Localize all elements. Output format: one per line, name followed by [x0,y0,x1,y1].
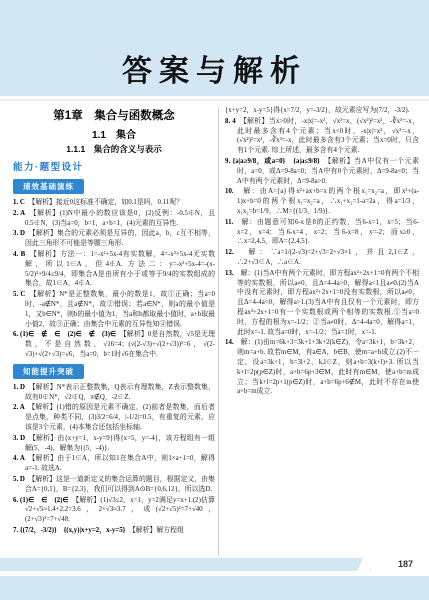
item-explanation: {x+y=2，x-y=5}得{x=7/2，y=-3/2}，故元素应写为(7/2，… [225,107,409,114]
basic-items-list: 1. C 【解析】接近0这标准不确定，如0.1是吗，0.11呢？ 2. A 【解… [13,198,215,360]
item-number-answer: 13. [225,270,241,277]
item-explanation: 【解析】N*是正整数集，最小的数是1，故①正确；当a=0时，-a∉N*，且a∉N… [25,291,215,327]
item-explanation: 【解析】解方程组 [132,527,184,534]
item-explanation: 解：由题意可知6-x是8的正约数，当6-x=1，x=5；当6-x=2，x=4；当… [237,219,419,246]
subsection-title: 1.1.1 集合的含义与表示 [13,143,215,155]
advanced-practice-badge: 知能提升突破 [13,364,84,379]
right-items-list: {x+y=2，x-y=5}得{x=7/2，y=-3/2}，故元素应写为(7/2，… [225,106,419,397]
solution-item: 9. {a|a≥9/8，或a=0} {a|a≤9/8} 【解析】当A中仅有一个元… [225,157,419,186]
answer-page: 答案与解析 第1章 集合与函数概念 1.1 集合 1.1.1 集合的含义与表示 … [0,0,429,600]
item-number-answer: 7. {(7/2，-3/2)} {(x,y)|x+y=2，x-y=5} [13,527,132,534]
page-title: 答案与解析 [0,46,429,90]
solution-item: 14. 解：(1)由m=6k+3=3k+1+3k+2(k∈Z)，令a=3k+1，… [225,338,419,397]
item-number-answer: 3. D [13,230,32,237]
solution-item: 2. A 【解析】(1)N中最小的数应该是0，(2)反例：-0.5∉N，且0.5… [13,209,215,229]
item-number-answer: 1. D [13,384,32,391]
solution-item: 11. 解：由题意可知6-x是8的正约数，当6-x=1，x=5；当6-x=2，x… [225,218,419,247]
item-explanation: 解：(1)当A中有两个元素时，即方程ax²+2x+1=0有两个不相等的实数根，所… [237,270,419,336]
item-explanation: 【解析】N*表示正整数集，Q表示有理数集，Z表示整数集，故有0∉N*，√2∉Q，… [25,384,215,401]
solution-item: 1. D 【解析】N*表示正整数集，Q表示有理数集，Z表示整数集，故有0∉N*，… [13,383,215,403]
solution-item: 5. D 【解析】这是一道新定义的集合运算的题目，根据定义，由集合A={0,1}… [13,475,215,495]
item-number-answer: 9. {a|a≥9/8，或a=0} {a|a≤9/8} [225,158,328,165]
solution-item: 3. D 【解析】由{x+y=1，x-y=9}得{x=5，y=-4}，该方程组有… [13,434,215,454]
solution-item: 8. 4 【解析】当x>0时，-x|x|=-x²，√x²=x，(√x²)²=x²… [225,117,419,156]
item-explanation: 【解析】这是一道新定义的集合运算的题目，根据定义，由集合A={0,1}，B={2… [25,476,215,493]
item-number-answer: 2. A [13,404,32,411]
right-column: {x+y=2，x-y=5}得{x=7/2，y=-3/2}，故元素应写为(7/2，… [225,106,419,398]
header-divider-blue [0,99,429,101]
solution-item: 1. C 【解析】接近0这标准不确定，如0.1是吗，0.11呢？ [13,198,215,208]
item-explanation: 【解析】方法一：1=-x²+5x-4有实数解，4=-x²+5x-4无实数解，所以… [25,251,215,287]
item-number-answer: 3. D [13,435,32,442]
advanced-items-list: 1. D 【解析】N*表示正整数集，Q表示有理数集，Z表示整数集，故有0∉N*，… [13,383,215,536]
item-explanation: 解：∵a=1/(2-√3)=2+√3=2+√3×1，并且2,1∈Z，∴2+√3∈… [237,249,419,266]
item-number-answer: 12. [225,249,249,256]
solution-item: 3. D 【解析】集合的元素必须是互异的，因此a，b，c互不相等，因此三角形不可… [13,229,215,249]
item-number-answer: 8. 4 [225,118,243,125]
solution-item: 4. A 【解析】由于1∈A，所以知1在集合A中，则1×a+1=0，解得a=-1… [13,454,215,474]
solution-item: {x+y=2，x-y=5}得{x=7/2，y=-3/2}，故元素应写为(7/2，… [225,106,419,116]
solution-item: 13. 解：(1)当A中有两个元素时，即方程ax²+2x+1=0有两个不相等的实… [225,269,419,338]
column-divider [218,108,219,556]
item-number-answer: 6. (1)∈ ∉ ∈ (2)∈ ∉ (3)∈ [13,331,123,338]
item-number-answer: 14. [225,339,241,346]
item-explanation: 【解析】由{x+y=1，x-y=9}得{x=5，y=-4}，该方程组有一组解(5… [25,435,215,452]
solution-item: 6. (1)∈ ∈ (2)∈ 【解析】(1)√3≤2，x=1，y=2满足y=x+… [13,496,215,525]
item-explanation: 【解析】由于1∈A，所以知1在集合A中，则1×a+1=0，解得a=-1. 故选A… [25,455,215,472]
item-number-answer: 4. B [13,251,33,258]
solution-item: 4. B 【解析】方法一：1=-x²+5x-4有实数解，4=-x²+5x-4无实… [13,250,215,289]
item-number-answer: 4. A [13,455,32,462]
solution-item: 6. (1)∈ ∉ ∈ (2)∈ ∉ (3)∈ 【解析】0是自然数，√5是无理数… [13,330,215,359]
item-number-answer: 5. D [13,476,32,483]
solution-item: 10. 解：由A={a}得x²+ax+b=x的两个根x₁=x₂=a，即x²+(a… [225,187,419,216]
item-number-answer: 11. [225,219,242,226]
item-explanation: 【解析】集合的元素必须是互异的，因此a，b，c互不相等，因此三角形不可能是等腰三… [25,230,215,247]
item-number-answer: 1. C [13,199,32,206]
item-explanation: 【解析】(1)错的原因是元素不确定，(2)前者是数集，而后者是点集，种类不同，(… [25,404,215,431]
section-title: 1.1 集合 [13,126,215,141]
left-column: 第1章 集合与函数概念 1.1 集合 1.1.1 集合的含义与表示 能力·题型设… [13,106,215,537]
item-explanation: 【解析】(1)N中最小的数应该是0，(2)反例：-0.5∉N，且0.5∉N，(3… [25,210,215,227]
item-explanation: 【解析】当x>0时，-x|x|=-x²，√x²=x，(√x²)²=x²，-∛x³… [237,118,419,154]
item-number-answer: 10. [225,188,243,195]
solution-item: 7. {(7/2，-3/2)} {(x,y)|x+y=2，x-y=5} 【解析】… [13,526,215,536]
item-number-answer: 2. A [13,210,33,217]
solution-item: 2. A 【解析】(1)错的原因是元素不确定，(2)前者是数集，而后者是点集，种… [13,403,215,432]
page-number: 187 [398,559,413,569]
solution-item: 12. 解：∵a=1/(2-√3)=2+√3=2+√3×1，并且2,1∈Z，∴2… [225,248,419,268]
item-number-answer: 6. (1)∈ ∈ (2)∈ [13,497,76,504]
solution-item: 5. C 【解析】N*是正整数集，最小的数是1，故①正确；当a=0时，-a∉N*… [13,290,215,329]
item-explanation: 解：(1)由m=6k+3=3k+1+3k+2(k∈Z)，令a=3k+1，b=3k… [237,339,419,395]
basic-practice-badge: 速效基础演练 [13,179,84,194]
item-explanation: 【解析】接近0这标准不确定，如0.1是吗，0.11呢？ [32,199,183,206]
item-number-answer: 5. C [13,291,33,298]
header-band: 答案与解析 [0,0,429,96]
chapter-title: 第1章 集合与函数概念 [13,107,215,123]
item-explanation: 解：由A={a}得x²+ax+b=x的两个根x₁=x₂=a，即x²+(a-1)x… [237,188,419,215]
footer-band-bottom [0,576,429,600]
ability-design-header: 能力·题型设计 [13,159,215,173]
